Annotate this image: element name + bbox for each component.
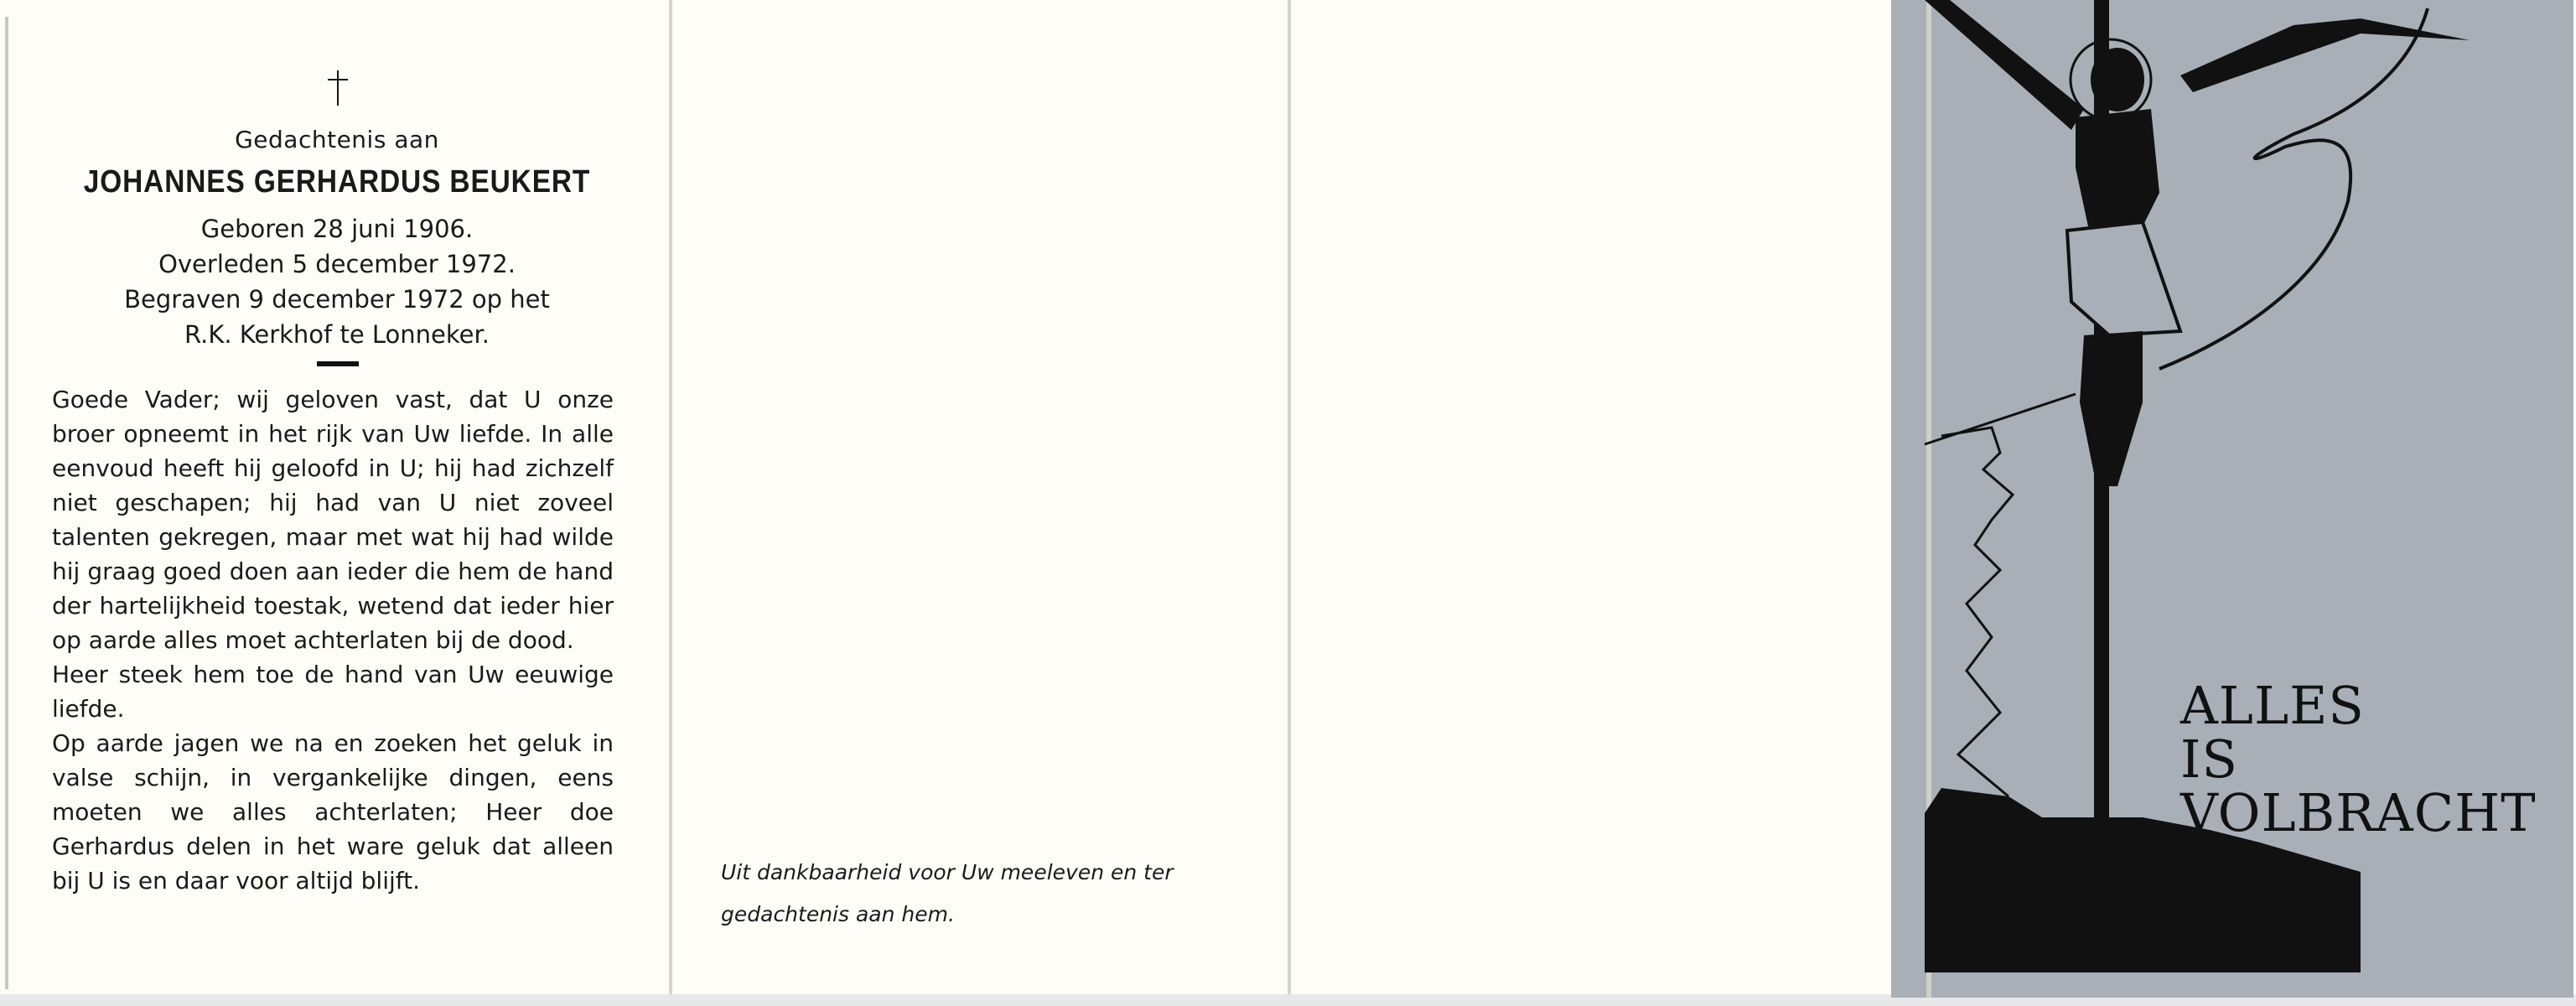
death-line: Overleden 5 december 1972. xyxy=(10,246,664,282)
cover-title-line2: IS VOLBRACHT xyxy=(2180,733,2573,840)
prayer-paragraph: Op aarde jagen we na en zoeken het geluk… xyxy=(52,726,614,898)
card-edge xyxy=(5,17,8,989)
panel-thanks: Uit dankbaarheid voor Uw meeleven en ter… xyxy=(679,0,1288,994)
divider xyxy=(317,361,359,366)
panel-cover: ALLES IS VOLBRACHT xyxy=(1891,0,2573,998)
deceased-name: JOHANNES GERHARDUS BEUKERT xyxy=(49,164,625,200)
prayer-paragraph: Heer steek hem toe de hand van Uw eeuwig… xyxy=(52,657,614,726)
panel-blank xyxy=(1291,0,1891,994)
crucifixion-illustration xyxy=(1891,0,2573,998)
intro-text: Gedachtenis aan xyxy=(10,126,664,153)
dates-block: Geboren 28 juni 1906. Overleden 5 decemb… xyxy=(10,211,664,352)
cemetery-line: R.K. Kerkhof te Lonneker. xyxy=(10,317,664,352)
thanks-text: Uit dankbaarheid voor Uw meeleven en ter… xyxy=(721,852,1257,936)
cover-title: ALLES IS VOLBRACHT xyxy=(2180,679,2573,840)
prayer-text: Goede Vader; wij geloven vast, dat U onz… xyxy=(52,382,614,898)
birth-line: Geboren 28 juni 1906. xyxy=(10,211,664,246)
cross-icon xyxy=(325,70,350,106)
prayer-paragraph: Goede Vader; wij geloven vast, dat U onz… xyxy=(52,382,614,657)
fold-seam xyxy=(669,0,672,994)
panel-memorial-text: Gedachtenis aan JOHANNES GERHARDUS BEUKE… xyxy=(10,0,664,994)
burial-line: Begraven 9 december 1972 op het xyxy=(10,282,664,317)
cover-title-line1: ALLES xyxy=(2180,679,2573,733)
memorial-card: Gedachtenis aan JOHANNES GERHARDUS BEUKE… xyxy=(0,0,2576,994)
